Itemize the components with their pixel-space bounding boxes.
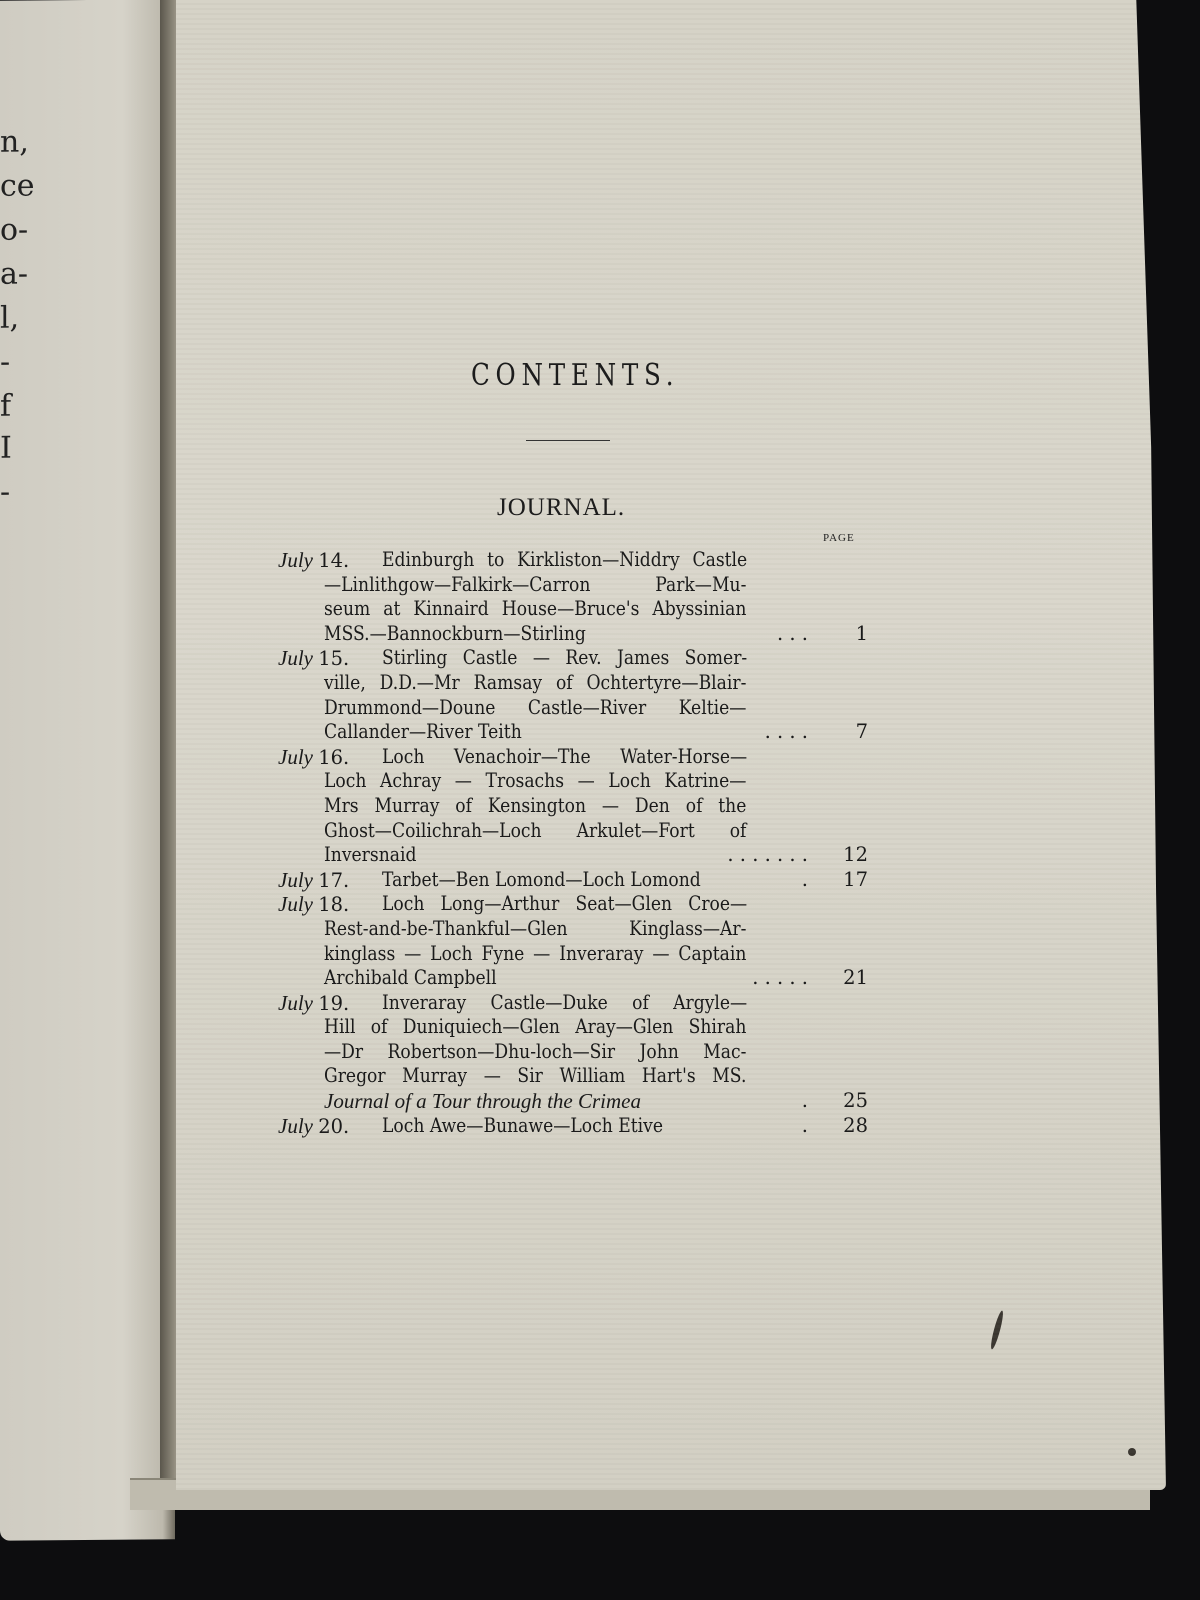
dot-leader: . [802,1089,808,1114]
toc-line: ville, D.D.—Mr Ramsay of Ochtertyre—Blai… [270,671,880,696]
entry-text: ville, D.D.—Mr Ramsay of Ochtertyre—Blai… [324,671,746,696]
toc-line: July 16. Loch Venachoir—The Water-Horse— [270,745,880,770]
dot-leader: . . . . . [752,966,808,991]
toc-line: MSS.—Bannockburn—Stirling . . . 1 [270,622,880,647]
entry-text: Inversnaid [324,843,746,868]
toc-line: July 15. Stirling Castle — Rev. James So… [270,646,880,671]
title-divider [526,440,610,441]
page-title: CONTENTS. [471,358,679,393]
toc-line: July 18. Loch Long—Arthur Seat—Glen Croe… [270,892,880,917]
dot-leader: . [802,1114,808,1139]
page-column-label: PAGE [823,532,855,544]
toc-line: July 17. Tarbet—Ben Lomond—Loch Lomond .… [270,868,880,893]
entry-text: Archibald Campbell [324,966,746,991]
toc-line: Inversnaid . . . . . . . 12 [270,843,880,868]
left-page-text-fragment: a- [0,257,28,292]
entry-text: —Linlithgow—Falkirk—Carron Park—Mu- [324,573,746,598]
date-day: 15. [318,647,349,670]
toc-line: —Dr Robertson—Dhu-loch—Sir John Mac- [270,1040,880,1065]
entry-text: Loch Venachoir—The Water-Horse— [382,745,747,770]
entry-date: July 20. [278,1114,349,1140]
page-number[interactable]: 12 [828,843,868,868]
toc-line: Gregor Murray — Sir William Hart's MS. [270,1064,880,1089]
left-page-text-fragment: - [0,475,10,510]
toc-line: Hill of Duniquiech—Glen Aray—Glen Shirah [270,1015,880,1040]
toc-line: July 20. Loch Awe—Bunawe—Loch Etive . 28 [270,1114,880,1139]
paper-blemish [1128,1448,1136,1456]
page-number[interactable]: 25 [828,1089,868,1114]
toc-line: Journal of a Tour through the Crimea . 2… [270,1089,880,1114]
entry-text: seum at Kinnaird House—Bruce's Abyssinia… [324,597,746,622]
entry-text: Mrs Murray of Kensington — Den of the [324,794,746,819]
date-day: 16. [318,746,349,769]
entry-date: July 18. [278,892,349,918]
toc-line: Callander—River Teith . . . . 7 [270,720,880,745]
page-number[interactable]: 28 [828,1114,868,1139]
date-day: 18. [318,893,349,916]
entry-text: Ghost—Coilichrah—Loch Arkulet—Fort of [324,819,746,844]
toc-line: —Linlithgow—Falkirk—Carron Park—Mu- [270,573,880,598]
entry-text: MSS.—Bannockburn—Stirling [324,622,746,647]
left-page-text-fragment: f [0,389,11,424]
date-day: 20. [318,1115,349,1138]
entry-date: July 16. [278,745,349,771]
left-page-text-fragment: - [0,345,10,380]
date-month: July [278,646,313,670]
date-month: July [278,745,313,769]
page-number[interactable]: 7 [828,720,868,745]
entry-text: kinglass — Loch Fyne — Inveraray — Capta… [324,942,746,967]
date-day: 17. [318,869,349,892]
left-page-text-fragment: n, [0,125,29,160]
dot-leader: . . . [777,622,808,647]
paper-blemish [989,1310,1005,1350]
entry-text-italic: Journal of a Tour through the Crimea [324,1089,744,1114]
entry-text: Gregor Murray — Sir William Hart's MS. [324,1064,746,1089]
toc-line: Rest-and-be-Thankful—Glen Kinglass—Ar- [270,917,880,942]
date-day: 19. [318,992,349,1015]
toc-line: Loch Achray — Trosachs — Loch Katrine— [270,769,880,794]
date-month: July [278,548,313,572]
left-page-text-fragment: o- [0,213,28,248]
toc-line: kinglass — Loch Fyne — Inveraray — Capta… [270,942,880,967]
left-page-text-fragment: ce [0,168,35,203]
left-page: n, ce o- a- l, - f I - [0,0,175,1541]
dot-leader: . . . . . . . [727,843,808,868]
entry-text: Callander—River Teith [324,720,746,745]
left-page-text-fragment: l, [0,301,19,336]
toc-line: Archibald Campbell . . . . . 21 [270,966,880,991]
date-month: July [278,1114,313,1138]
toc-line: Mrs Murray of Kensington — Den of the [270,794,880,819]
page-number[interactable]: 1 [828,622,868,647]
entry-text: Tarbet—Ben Lomond—Loch Lomond [382,868,747,893]
entry-text: Rest-and-be-Thankful—Glen Kinglass—Ar- [324,917,746,942]
left-page-text-fragment: I [0,431,12,466]
entry-text: Hill of Duniquiech—Glen Aray—Glen Shirah [324,1015,746,1040]
entry-date: July 15. [278,646,349,672]
date-month: July [278,868,313,892]
dot-leader: . . . . [765,720,808,745]
date-month: July [278,892,313,916]
section-heading: JOURNAL. [497,494,625,522]
table-of-contents: July 14. Edinburgh to Kirkliston—Niddry … [270,548,880,1138]
entry-text: Loch Achray — Trosachs — Loch Katrine— [324,769,746,794]
toc-line: seum at Kinnaird House—Bruce's Abyssinia… [270,597,880,622]
toc-line: July 19. Inveraray Castle—Duke of Argyle… [270,991,880,1016]
date-day: 14. [318,549,349,572]
entry-text: Stirling Castle — Rev. James Somer- [382,646,747,671]
page-number[interactable]: 17 [828,868,868,893]
date-month: July [278,991,313,1015]
entry-text: Loch Awe—Bunawe—Loch Etive [382,1114,747,1139]
entry-text: Drummond—Doune Castle—River Keltie— [324,696,746,721]
toc-line: Ghost—Coilichrah—Loch Arkulet—Fort of [270,819,880,844]
toc-line: Drummond—Doune Castle—River Keltie— [270,696,880,721]
entry-text: Edinburgh to Kirkliston—Niddry Castle [382,548,747,573]
entry-text: Inveraray Castle—Duke of Argyle— [382,991,747,1016]
entry-date: July 17. [278,868,349,894]
toc-line: July 14. Edinburgh to Kirkliston—Niddry … [270,548,880,573]
dot-leader: . [802,868,808,893]
entry-text: Loch Long—Arthur Seat—Glen Croe— [382,892,747,917]
entry-date: July 19. [278,991,349,1017]
entry-text: —Dr Robertson—Dhu-loch—Sir John Mac- [324,1040,746,1065]
entry-date: July 14. [278,548,349,574]
page-number[interactable]: 21 [828,966,868,991]
